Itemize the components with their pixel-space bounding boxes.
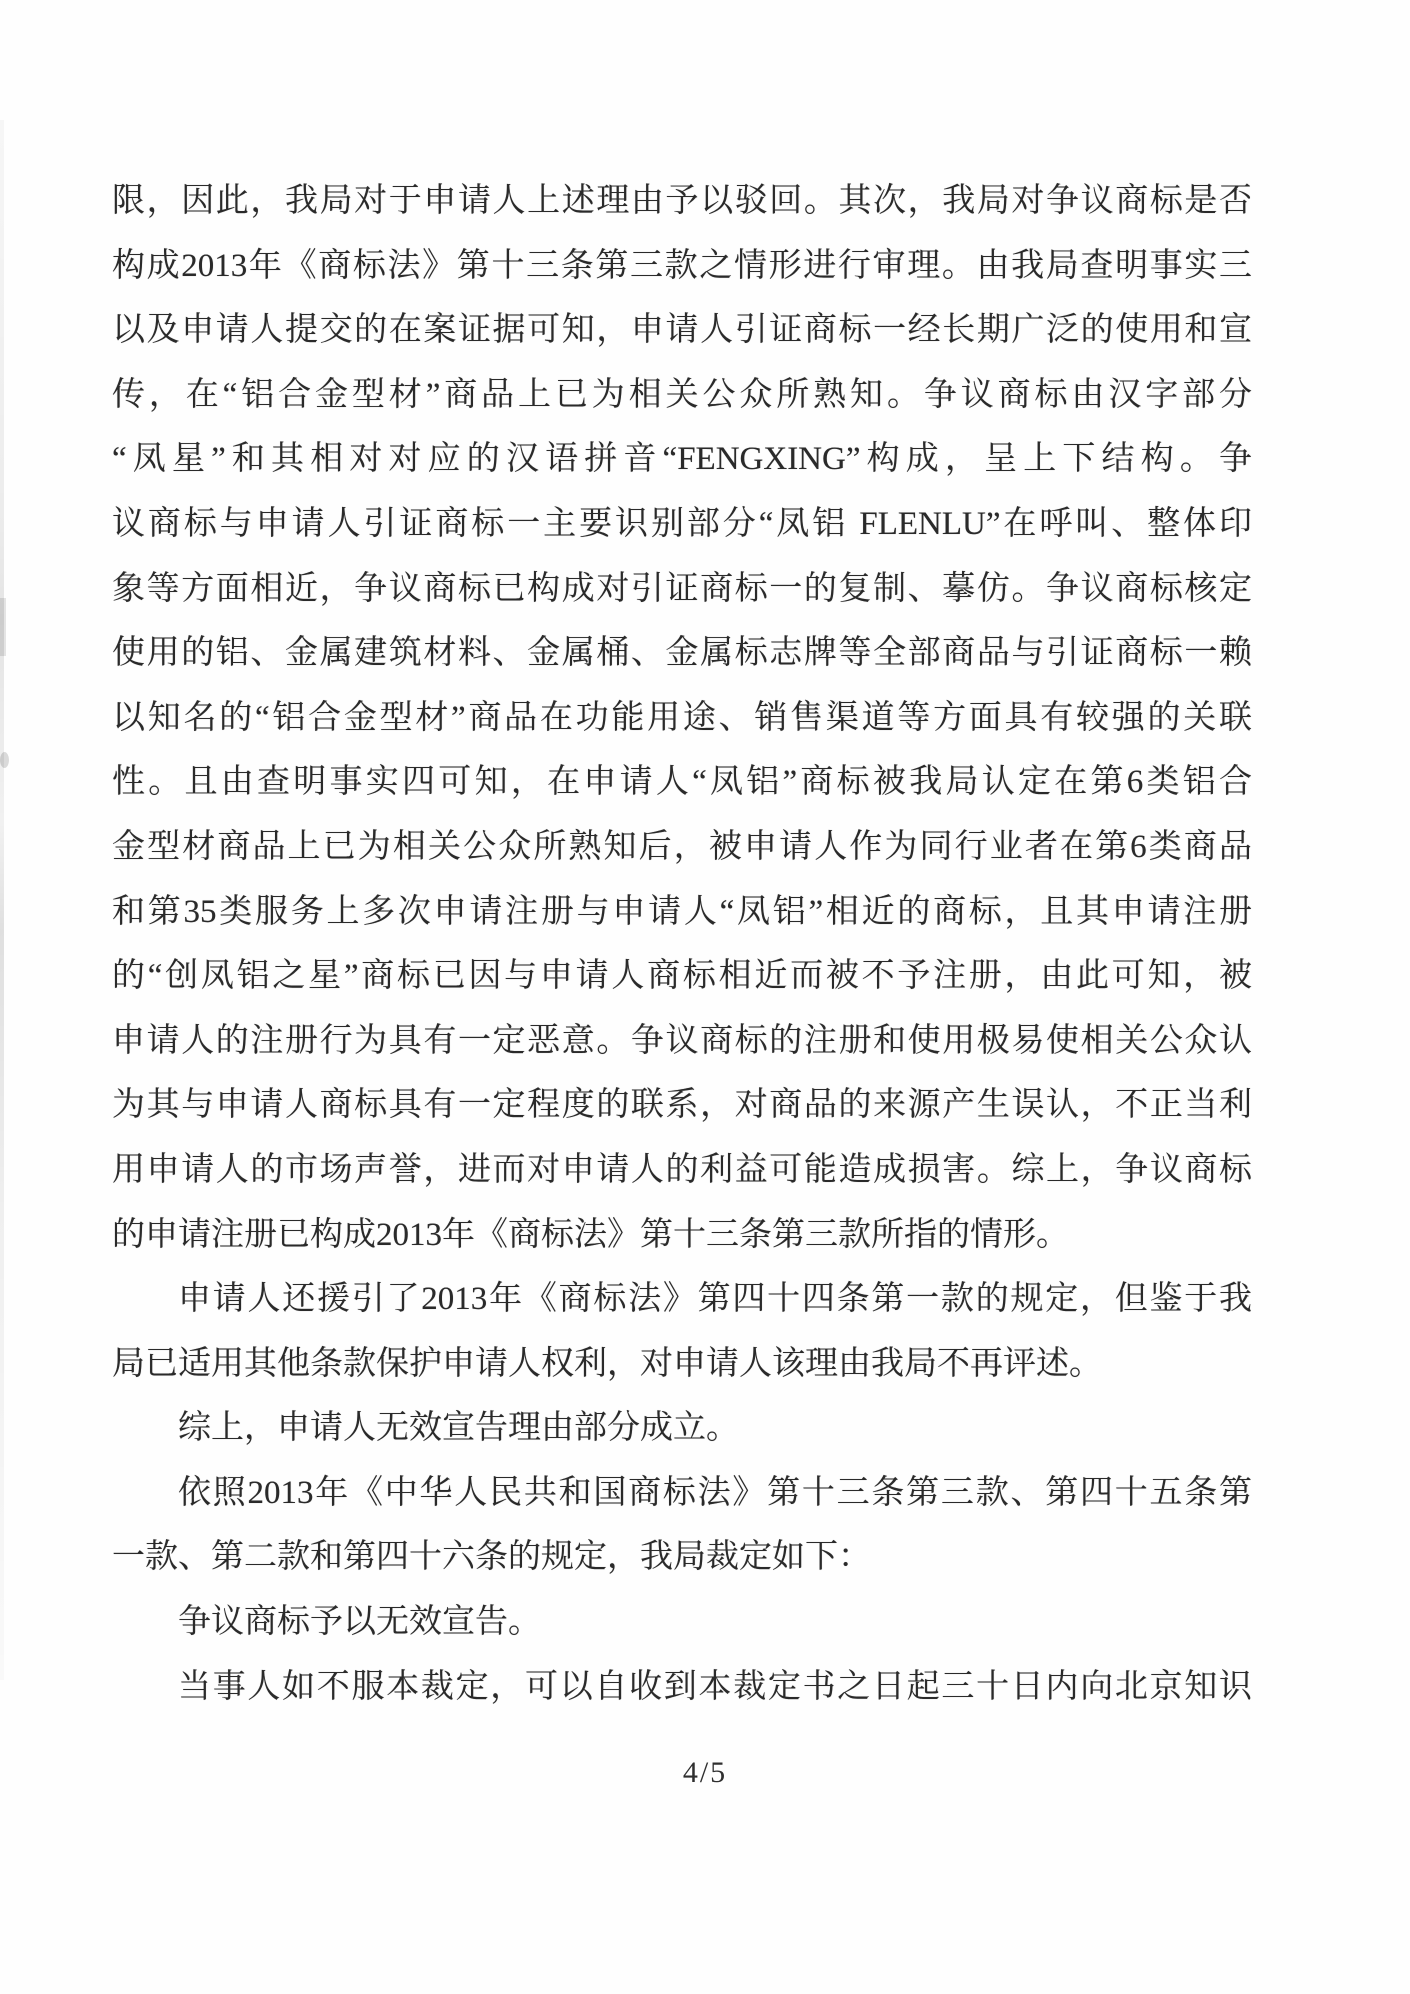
text-line: 传，在“铝合金型材”商品上已为相关公众所熟知。争议商标由汉字部分	[112, 363, 1252, 428]
text-line: 用申请人的市场声誉，进而对申请人的利益可能造成损害。综上，争议商标	[112, 1138, 1252, 1203]
text-line: 一款、第二款和第四十六条的规定，我局裁定如下：	[112, 1525, 1252, 1590]
scan-smudge	[0, 752, 9, 768]
page-number: 4/5	[0, 1756, 1410, 1790]
scan-edge-artifact	[0, 120, 4, 1680]
text-line: 构成2013年《商标法》第十三条第三款之情形进行审理。由我局查明事实三	[112, 234, 1252, 299]
text-line: 使用的铝、金属建筑材料、金属桶、金属标志牌等全部商品与引证商标一赖	[112, 621, 1252, 686]
document-body: 限，因此，我局对于申请人上述理由予以驳回。其次，我局对争议商标是否 构成2013…	[112, 169, 1252, 1719]
text-line: 争议商标予以无效宣告。	[112, 1590, 1252, 1655]
text-line: “凤星”和其相对对应的汉语拼音“FENGXING”构成，呈上下结构。争	[112, 427, 1252, 492]
text-line: 以及申请人提交的在案证据可知，申请人引证商标一经长期广泛的使用和宣	[112, 298, 1252, 363]
text-line: 申请人的注册行为具有一定恶意。争议商标的注册和使用极易使相关公众认	[112, 1009, 1252, 1074]
text-line: 议商标与申请人引证商标一主要识别部分“凤铝 FLENLU”在呼叫、整体印	[112, 492, 1252, 557]
text-line: 当事人如不服本裁定，可以自收到本裁定书之日起三十日内向北京知识	[112, 1655, 1252, 1720]
text-line: 局已适用其他条款保护申请人权利，对申请人该理由我局不再评述。	[112, 1332, 1252, 1397]
text-line: 金型材商品上已为相关公众所熟知后，被申请人作为同行业者在第6类商品	[112, 815, 1252, 880]
text-line: 以知名的“铝合金型材”商品在功能用途、销售渠道等方面具有较强的关联	[112, 686, 1252, 751]
text-line: 的“创凤铝之星”商标已因与申请人商标相近而被不予注册，由此可知，被	[112, 944, 1252, 1009]
text-line: 综上，申请人无效宣告理由部分成立。	[112, 1396, 1252, 1461]
text-line: 依照2013年《中华人民共和国商标法》第十三条第三款、第四十五条第	[112, 1461, 1252, 1526]
document-page: 限，因此，我局对于申请人上述理由予以驳回。其次，我局对争议商标是否 构成2013…	[0, 0, 1410, 1994]
text-line: 性。且由查明事实四可知，在申请人“凤铝”商标被我局认定在第6类铝合	[112, 750, 1252, 815]
text-line: 限，因此，我局对于申请人上述理由予以驳回。其次，我局对争议商标是否	[112, 169, 1252, 234]
text-line: 和第35类服务上多次申请注册与申请人“凤铝”相近的商标，且其申请注册	[112, 880, 1252, 945]
text-line: 的申请注册已构成2013年《商标法》第十三条第三款所指的情形。	[112, 1203, 1252, 1268]
text-line: 为其与申请人商标具有一定程度的联系，对商品的来源产生误认，不正当利	[112, 1073, 1252, 1138]
scan-smudge	[0, 598, 6, 656]
text-line: 象等方面相近，争议商标已构成对引证商标一的复制、摹仿。争议商标核定	[112, 557, 1252, 622]
text-line: 申请人还援引了2013年《商标法》第四十四条第一款的规定，但鉴于我	[112, 1267, 1252, 1332]
